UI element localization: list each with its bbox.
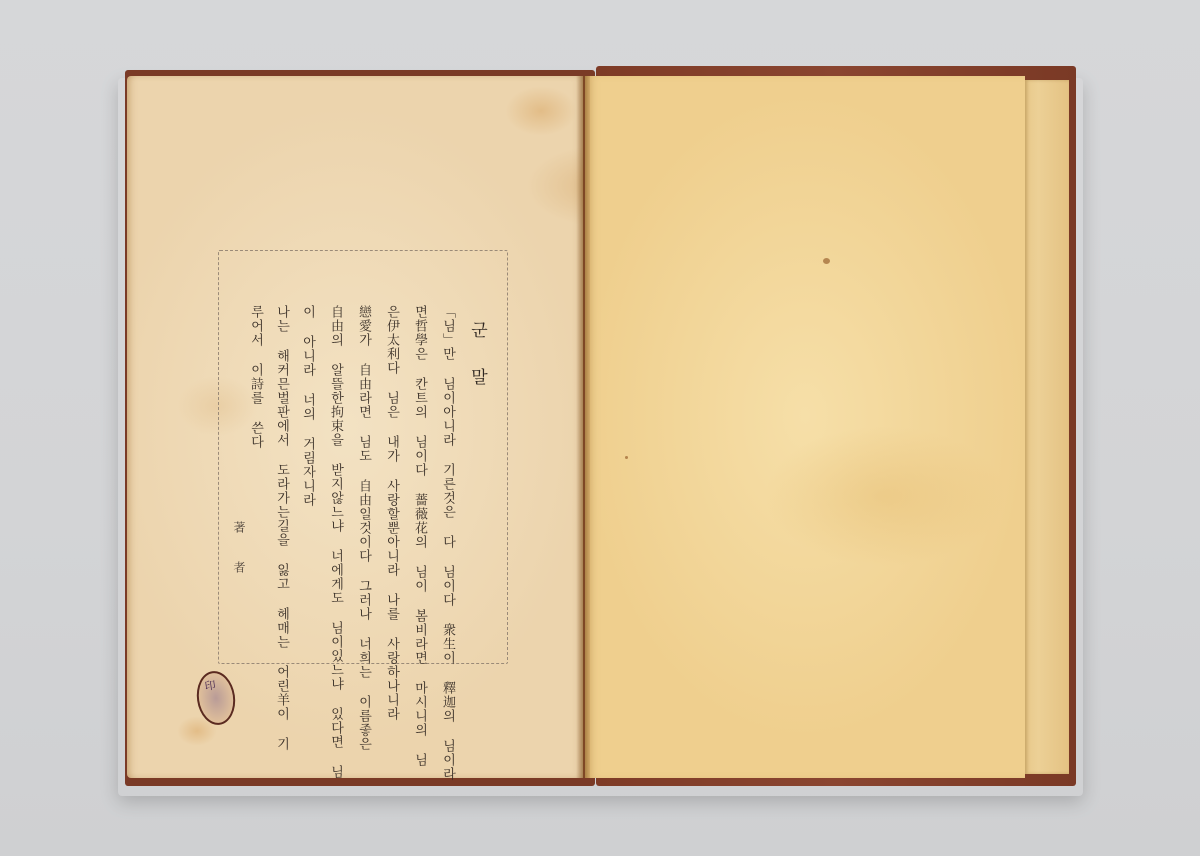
preface-column-4: 戀愛가 自由라면 님도 自由일것이다 그러나 너희는 이름좋은 — [357, 305, 370, 751]
preface-heading: 군말 — [465, 321, 490, 415]
spine-gutter — [576, 76, 590, 778]
foxing-spot — [625, 456, 628, 459]
preface-column-8: 루어서 이詩를 쓴다 — [249, 305, 262, 449]
author-signature: 著者 — [231, 521, 248, 601]
preface-column-1: 「님」만 님이아니라 기른것은 다 님이다 衆生이 釋迦의 님이라 — [441, 305, 454, 781]
preface-column-5: 自由의 알뜰한拘束을 받지않느냐 너에게도 님이있느냐 있다면 님 — [329, 305, 342, 779]
flyleaf-edge — [1025, 80, 1069, 774]
right-page: 님의沈黙 — [585, 76, 1025, 778]
water-stain — [505, 86, 577, 136]
foxing-spot — [823, 258, 830, 264]
preface-text-box: 군말 「님」만 님이아니라 기른것은 다 님이다 衆生이 釋迦의 님이라 면哲學… — [218, 250, 508, 664]
stamp-text: 印 — [200, 679, 217, 692]
preface-column-2: 면哲學은 칸트의 님이다 薔薇花의 님이 봄비라면 마시니의 님 — [413, 305, 426, 767]
preface-column-3: 은伊太利다 님은 내가 사랑할뿐아니라 나를 사랑하나니라 — [385, 305, 398, 721]
preface-column-6: 이 아니라 너의 거림자니라 — [301, 305, 314, 507]
preface-column-7: 나는 해커믄벌판에서 도라가는길을 잃고 헤매는 어린羊이 기 — [275, 305, 288, 751]
